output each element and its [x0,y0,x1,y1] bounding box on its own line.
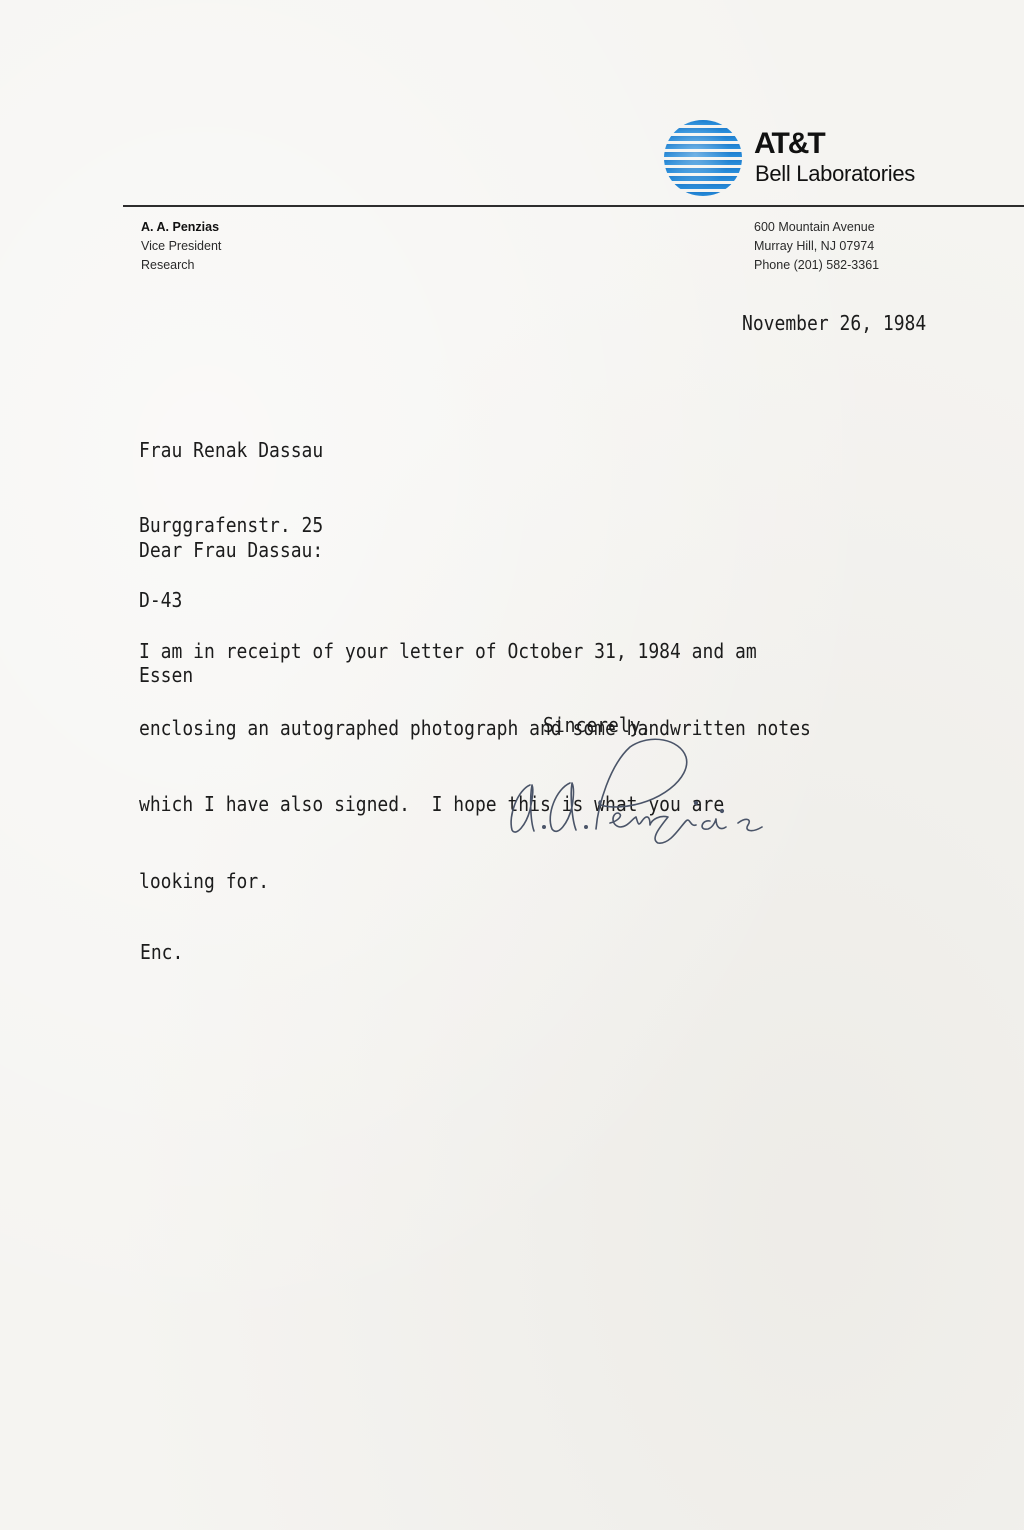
att-globe-icon [664,120,742,196]
salutation: Dear Frau Dassau: [139,538,323,562]
recipient-line: Frau Renak Dassau [139,438,323,463]
address-city: Murray Hill, NJ 07974 [754,237,879,256]
address-phone: Phone (201) 582-3361 [754,256,879,275]
letterhead-divider [123,205,1024,207]
closing: Sincerely, [543,713,651,737]
letter-date: November 26, 1984 [742,311,926,335]
sender-block: A. A. Penzias Vice President Research [141,218,221,275]
enclosure-note: Enc. [140,940,183,964]
address-block: 600 Mountain Avenue Murray Hill, NJ 0797… [754,218,879,275]
brand-name: AT&T [754,129,824,159]
recipient-line: Burggrafenstr. 25 [139,513,323,538]
sender-title: Vice President [141,237,221,256]
letter-page: AT&T Bell Laboratories A. A. Penzias Vic… [0,0,1024,1530]
division-name: Bell Laboratories [755,163,915,185]
body-line: I am in receipt of your letter of Octobe… [139,639,811,665]
sender-name: A. A. Penzias [141,218,221,237]
address-street: 600 Mountain Avenue [754,218,879,237]
sender-department: Research [141,256,221,275]
body-line: looking for. [139,869,811,895]
signature-icon [500,735,790,865]
